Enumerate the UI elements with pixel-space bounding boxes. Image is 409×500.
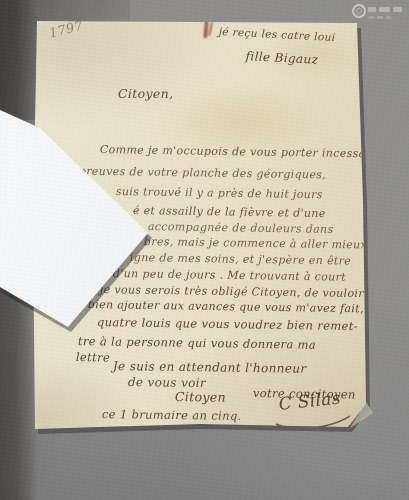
letter-body-line: accompagnée de douleurs dans bbox=[148, 221, 334, 235]
watermark-text-bar bbox=[393, 7, 402, 12]
letter-body-line: d'un peu de jours . Me trouvant à court bbox=[113, 268, 346, 283]
watermark-text-bar bbox=[379, 7, 390, 12]
watermark-text-bar bbox=[386, 16, 391, 19]
closing-line-2: de vous voir bbox=[128, 376, 206, 389]
ink-smudge bbox=[208, 22, 214, 36]
receipt-annotation-line2: fille Bigauz bbox=[245, 50, 318, 66]
watermark-text-bar bbox=[368, 7, 376, 12]
magnifier-logo-icon bbox=[352, 4, 366, 18]
letter-body-line: é et assailly de la fièvre et d'une bbox=[133, 205, 326, 219]
letter-body-line: bien ajouter aux avances que vous m'avez… bbox=[88, 299, 364, 314]
receipt-annotation-line1: jé reçu les catre loui bbox=[218, 27, 335, 44]
letter-body-line: lettre bbox=[76, 352, 110, 364]
letter-body-line: Comme je m'occupois de vous porter inces… bbox=[100, 144, 406, 160]
valediction-left: Citoyen bbox=[175, 391, 226, 404]
watermark bbox=[350, 3, 406, 23]
letter-body-line: igne de mes soins, et j'espère en être bbox=[130, 252, 351, 266]
closing-line-1: Je suis en attendant l'honneur bbox=[113, 360, 307, 375]
watermark-text-bar bbox=[369, 16, 374, 19]
letter-body-line: je vous serois très obligé Citoyen, de v… bbox=[100, 284, 364, 299]
pencil-year-annotation: 1797 bbox=[48, 20, 85, 41]
photo-of-letter: 1797 jé reçu les catre loui fille Bigauz… bbox=[0, 0, 409, 500]
letter-body-line: tre à la personne qui vous donnera ma bbox=[78, 336, 316, 351]
watermark-text-bar bbox=[377, 16, 383, 19]
date-line: ce 1 brumaire an cinq. bbox=[102, 409, 242, 422]
letter-body-line: suis trouvé il y a près de huit jours bbox=[116, 186, 323, 200]
salutation: Citoyen, bbox=[118, 88, 173, 101]
letter-body-line: bres, mais je commence à aller mieux bbox=[144, 236, 367, 251]
letter-body-line: quatre louis que vous voudrez bien remet… bbox=[97, 317, 358, 333]
